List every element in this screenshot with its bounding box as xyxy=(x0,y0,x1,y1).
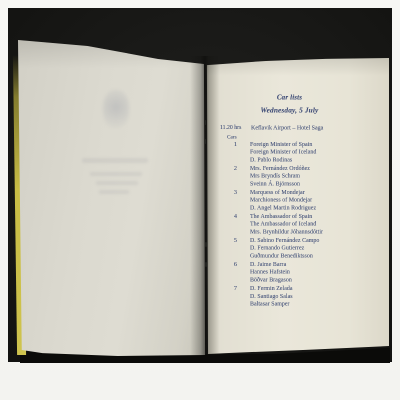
ghost-emblem xyxy=(103,90,129,128)
car-number: 7 xyxy=(206,285,237,308)
staple-mark xyxy=(205,120,207,125)
passenger-name: D. Santiago Salas xyxy=(250,292,293,300)
car-passenger-list: Mrs. Fernández OrdóñezMrs Bryndís Schram… xyxy=(250,165,310,188)
passenger-name: The Ambassador of Spain xyxy=(250,213,323,221)
passenger-name: Marchioness of Mondejar xyxy=(250,196,316,204)
ghost-text-line xyxy=(99,190,129,194)
car-passenger-list: D. Fermin ZeladaD. Santiago SalasBaltasa… xyxy=(250,285,293,308)
car-passenger-list: Foreign Minister of SpainForeign Ministe… xyxy=(250,141,316,164)
passenger-name: Foreign Minister of Spain xyxy=(250,141,316,149)
booklet: Car lists Wednesday, 5 July 11.20 hrs Ke… xyxy=(0,0,400,400)
car-passenger-list: Marquess of MondejarMarchioness of Monde… xyxy=(250,189,316,212)
ghost-text-line xyxy=(96,181,138,185)
car-list: 1Foreign Minister of SpainForeign Minist… xyxy=(206,141,389,309)
car-entry: 2Mrs. Fernández OrdóñezMrs Bryndís Schra… xyxy=(206,165,389,188)
car-passenger-list: D. Jaime BarraHannes HafsteinBöðvar Brag… xyxy=(250,261,292,284)
car-entry: 4The Ambassador of SpainThe Ambassador o… xyxy=(206,213,389,236)
passenger-name: The Ambassador of Iceland xyxy=(250,220,323,228)
staple-mark xyxy=(205,139,207,144)
staple-mark xyxy=(205,262,207,267)
page-title: Car lists xyxy=(206,94,389,102)
passenger-name: Foreign Minister of Iceland xyxy=(250,148,316,156)
car-passenger-list: The Ambassador of SpainThe Ambassador of… xyxy=(250,213,323,236)
ghost-text-line xyxy=(82,158,148,163)
passenger-name: Marquess of Mondejar xyxy=(250,189,316,197)
passenger-name: D. Jaime Barra xyxy=(250,261,292,269)
schedule-time: 11.20 hrs xyxy=(220,124,241,131)
passenger-name: Mrs Bryndís Schram xyxy=(250,172,310,180)
passenger-name: Hannes Hafstein xyxy=(250,268,292,276)
right-page: Car lists Wednesday, 5 July 11.20 hrs Ke… xyxy=(206,58,389,354)
right-page-content: Car lists Wednesday, 5 July 11.20 hrs Ke… xyxy=(206,58,389,354)
car-number: 3 xyxy=(206,189,237,212)
ghost-text-line xyxy=(90,172,142,176)
car-number: 5 xyxy=(206,237,237,260)
car-entry: 1Foreign Minister of SpainForeign Minist… xyxy=(206,141,389,164)
left-page xyxy=(18,40,206,356)
staple-mark xyxy=(205,242,207,247)
car-passenger-list: D. Sabino Fernández CampoD. Fernando Gut… xyxy=(250,237,319,260)
schedule-row: 11.20 hrs Keflavik Airport – Hotel Saga xyxy=(220,124,241,131)
passenger-name: Böðvar Bragason xyxy=(250,276,292,284)
schedule-route: Keflavik Airport – Hotel Saga xyxy=(251,124,323,132)
car-entry: 5D. Sabino Fernández CampoD. Fernando Gu… xyxy=(206,237,389,260)
car-entry: 3Marquess of MondejarMarchioness of Mond… xyxy=(206,189,389,212)
car-entry: 6D. Jaime BarraHannes HafsteinBöðvar Bra… xyxy=(206,261,389,284)
passenger-name: Guðmundur Benediktsson xyxy=(250,252,319,260)
car-number: 4 xyxy=(206,213,237,236)
passenger-name: Baltasar Samper xyxy=(250,300,293,308)
passenger-name: D. Fernando Gutierrez xyxy=(250,244,319,252)
passenger-name: Sveinn Á. Björnsson xyxy=(250,180,310,188)
passenger-name: Mrs. Fernández Ordóñez xyxy=(250,165,310,173)
car-entry: 7D. Fermin ZeladaD. Santiago SalasBaltas… xyxy=(206,285,389,308)
passenger-name: D. Fermin Zelada xyxy=(250,285,293,293)
cars-label: Cars xyxy=(227,135,237,141)
car-number: 2 xyxy=(206,165,237,188)
car-number: 6 xyxy=(206,261,237,284)
passenger-name: D. Sabino Fernández Campo xyxy=(250,237,319,245)
passenger-name: Mrs. Brynhildur Jóhannsdóttir xyxy=(250,228,323,236)
passenger-name: D. Pablo Rodinas xyxy=(250,156,316,164)
page-subtitle: Wednesday, 5 July xyxy=(206,107,389,116)
passenger-name: D. Angel Martin Rodriguez xyxy=(250,204,316,212)
photo-frame: Car lists Wednesday, 5 July 11.20 hrs Ke… xyxy=(0,0,400,400)
car-number: 1 xyxy=(206,141,237,164)
